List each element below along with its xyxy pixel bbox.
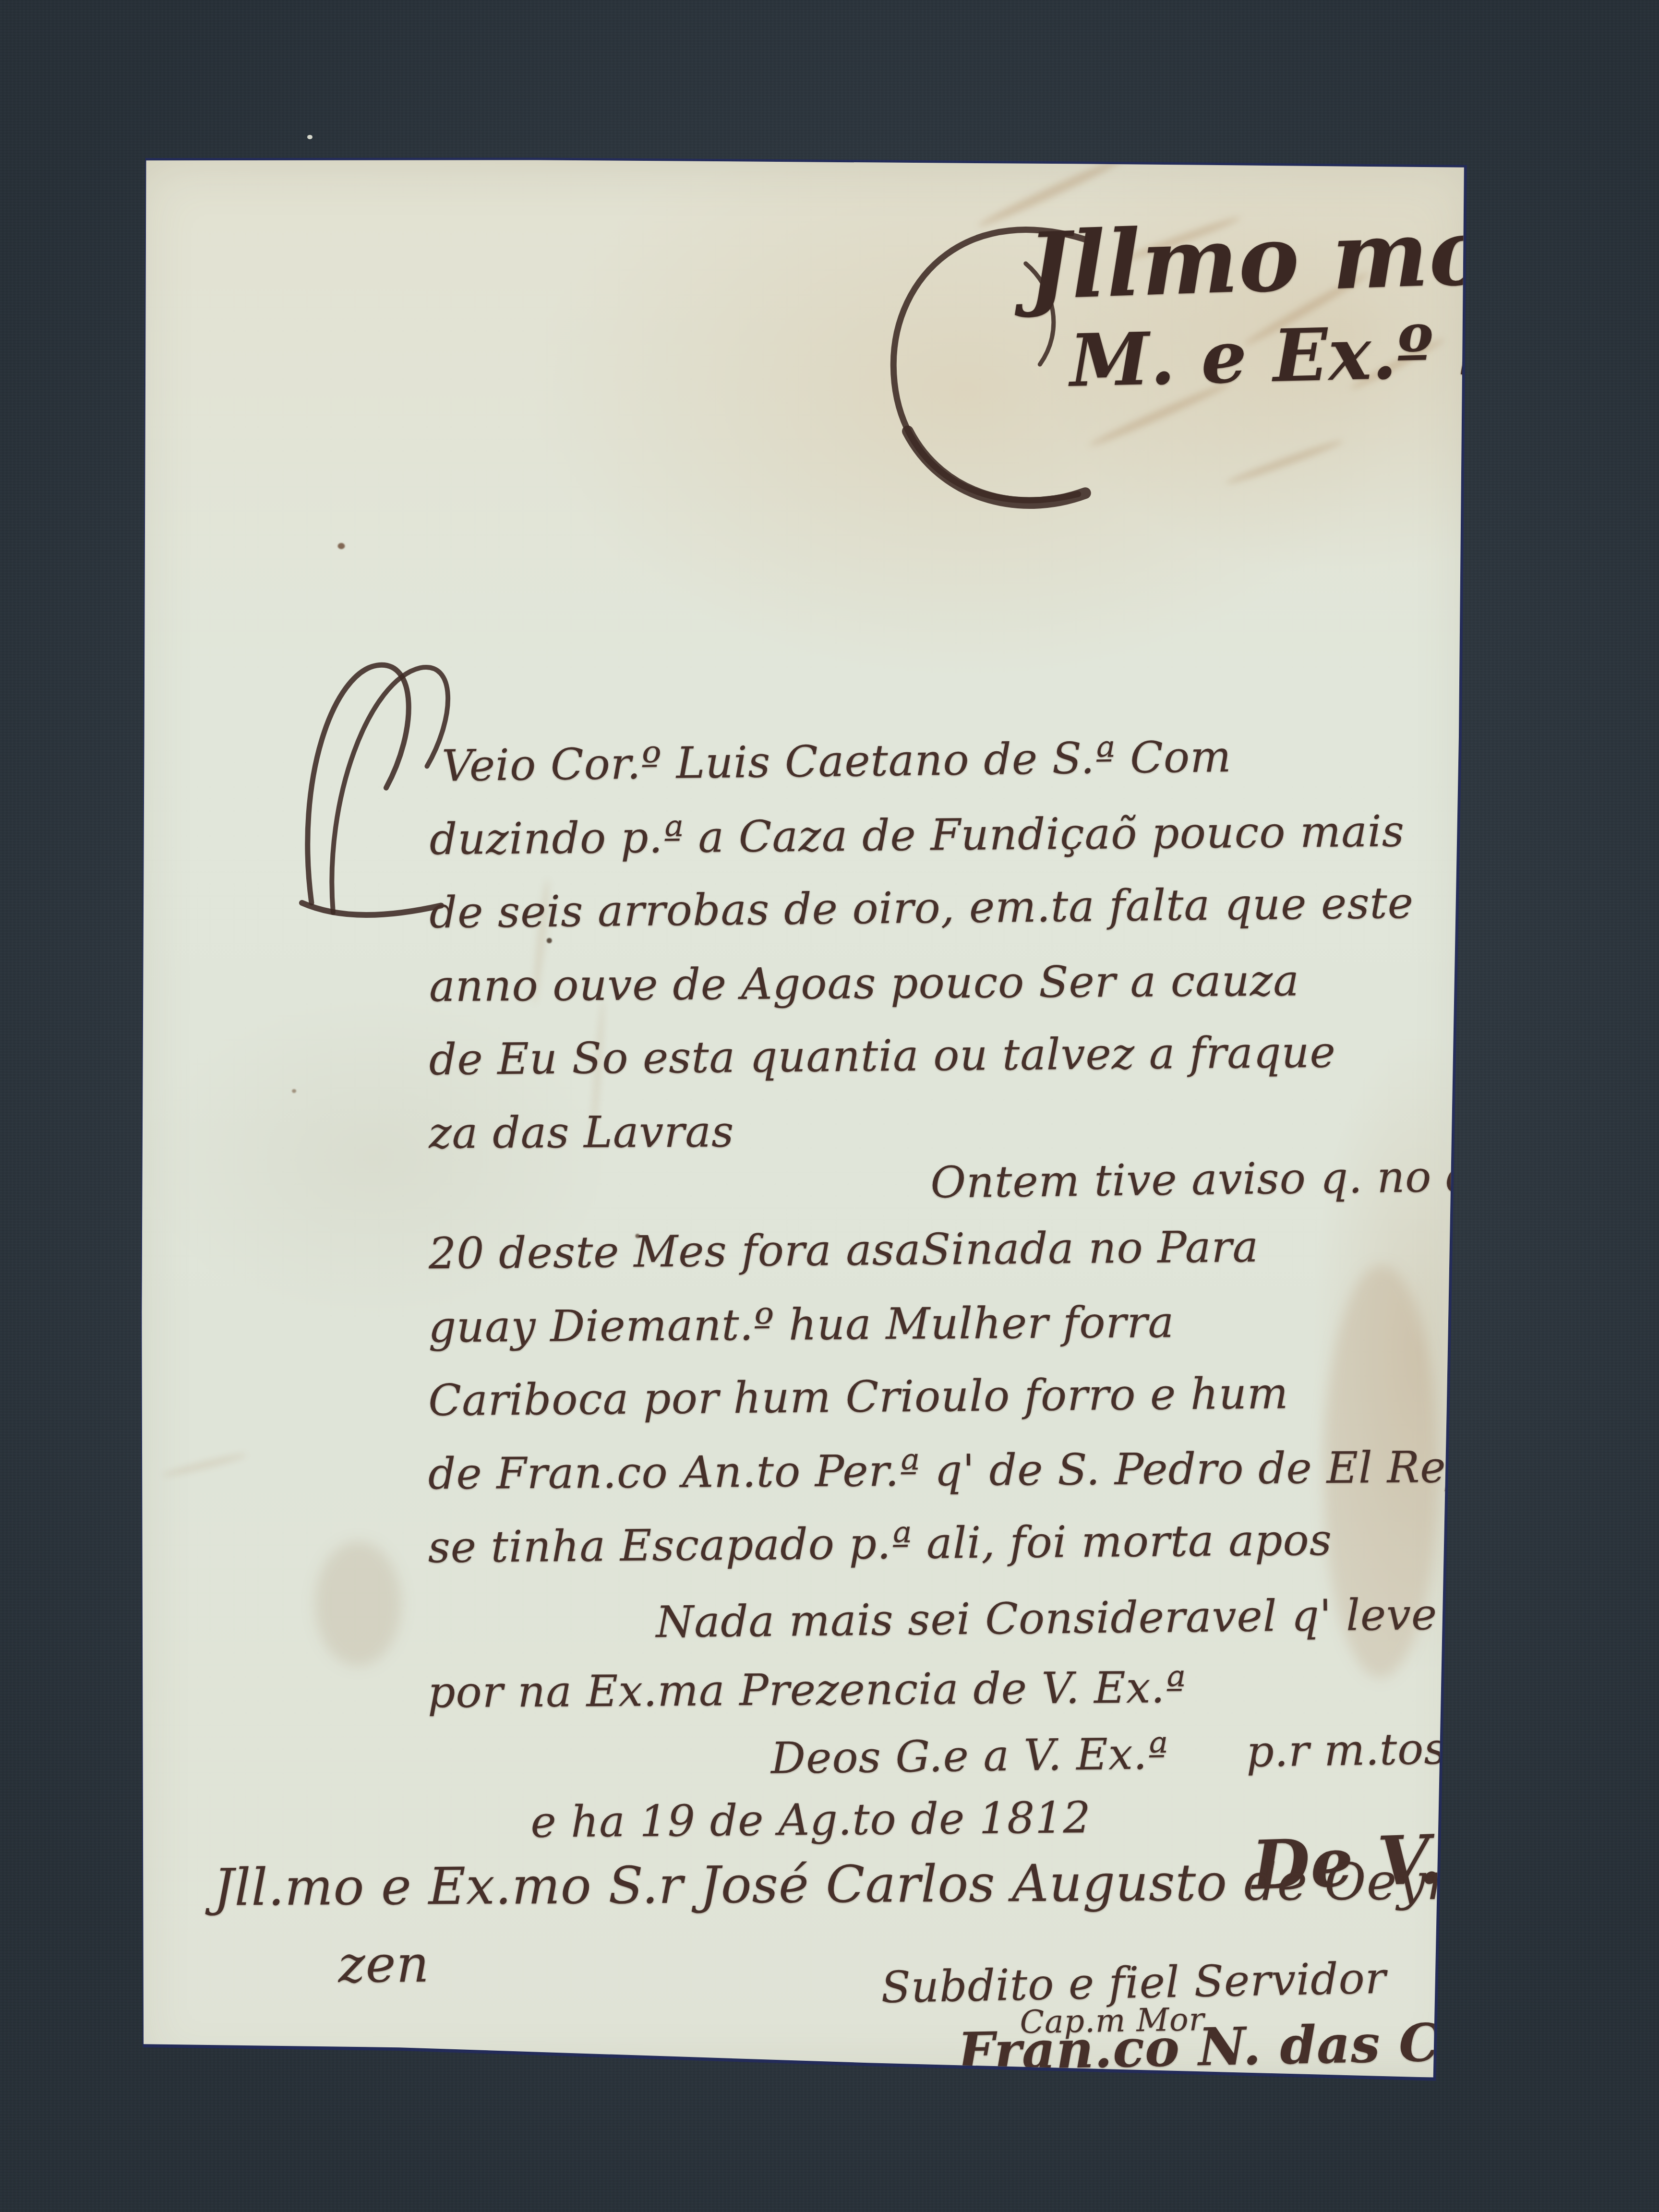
handwriting-line: de Eu So esta quantia ou talvez a fraque bbox=[429, 1027, 1336, 1085]
addressee-line: Jll.mo e Ex.mo S.r José Carlos Augusto d… bbox=[214, 1851, 1557, 1917]
handwriting-line: se tinha Escapado p.ª ali, foi morta apo… bbox=[428, 1515, 1332, 1573]
closing-line-right: p.r m.tos annos bbox=[1246, 1721, 1593, 1777]
salutation-line: M. e Ex.º Snr̃. bbox=[1069, 305, 1629, 403]
handwriting-line: Cariboca por hum Crioulo forro e hum bbox=[428, 1368, 1289, 1426]
dateline: e ha 19 de Ag.to de 1812 bbox=[530, 1792, 1091, 1848]
signature: Fran.co N. das Ch.as bbox=[957, 2010, 1562, 2082]
addressee-continuation: zen bbox=[338, 1935, 430, 1994]
ink-showthrough-streak bbox=[1225, 437, 1345, 487]
salutation-line: Jllmo mo bbox=[1026, 198, 1492, 320]
handwriting-line: Ontem tive aviso q. no dia bbox=[930, 1151, 1515, 1208]
handwriting-line: por na Ex.ma Prezencia de V. Ex.ª bbox=[428, 1662, 1187, 1718]
foxing-spot bbox=[292, 1089, 296, 1093]
handwriting-line: de seis arrobas de oiro, em.ta falta que… bbox=[429, 878, 1414, 938]
handwriting-line: duzindo p.ª a Caza de Fundiçaõ pouco mai… bbox=[429, 806, 1405, 865]
initial-flourish bbox=[297, 644, 461, 923]
handwriting-line: de Fran.co An.to Per.ª q' de S. Pedro de… bbox=[428, 1442, 1471, 1499]
handwriting-line: 20 deste Mes fora asaSinada no Para bbox=[429, 1222, 1259, 1279]
ink-showthrough-streak bbox=[162, 1452, 248, 1479]
ink-stain bbox=[315, 1541, 402, 1666]
handwriting-line: guay Diemant.º hua Mulher forra bbox=[428, 1297, 1174, 1352]
handwriting-line: Nada mais sei Consideravel q' leve bbox=[656, 1589, 1438, 1647]
handwriting-line: Veio Cor.º Luis Caetano de S.ª Com bbox=[442, 732, 1232, 792]
handwriting-line: za das Lavras bbox=[429, 1106, 734, 1158]
foxing-spot bbox=[547, 938, 552, 943]
closing-line: Deos G.e a V. Ex.ª bbox=[770, 1729, 1168, 1784]
background-speck bbox=[307, 135, 313, 139]
foxing-spot bbox=[337, 543, 345, 549]
handwriting-line: anno ouve de Agoas pouco Ser a cauza bbox=[429, 955, 1300, 1011]
photo-backdrop: Jllmo mo M. e Ex.º Snr̃. Veio Cor.º Luis… bbox=[0, 0, 1659, 2212]
paper-sheet: Jllmo mo M. e Ex.º Snr̃. Veio Cor.º Luis… bbox=[132, 158, 1475, 2081]
